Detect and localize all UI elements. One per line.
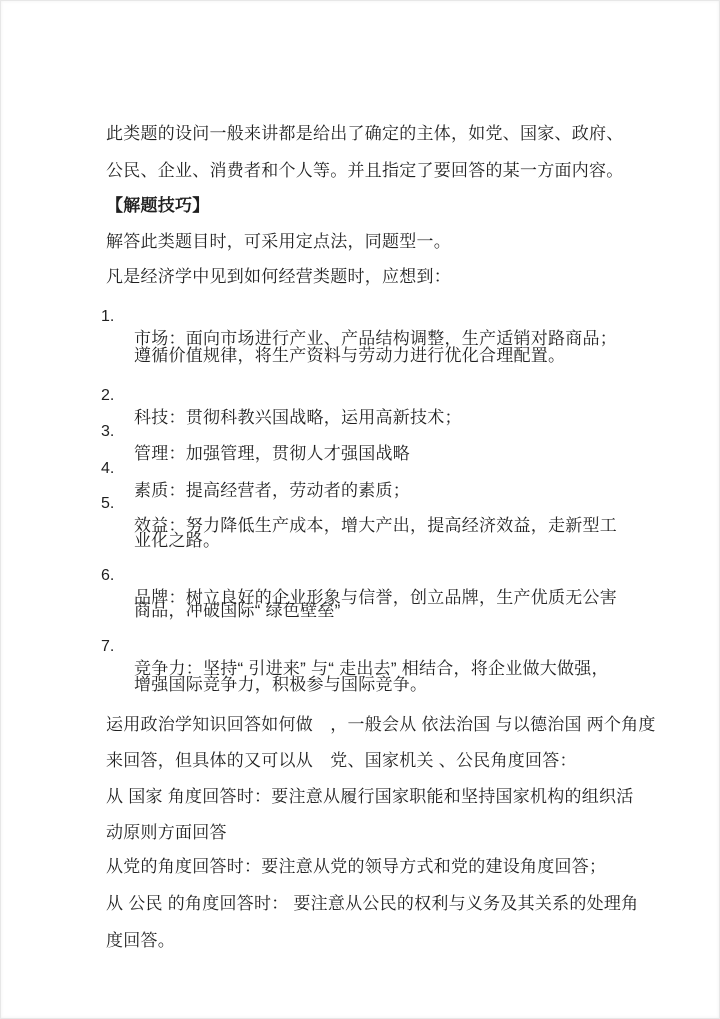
text-line: 从 国家 角度回答时：要注意从履行国家职能和坚持国家机构的组织活 [1, 764, 720, 786]
list-item-continuation: 增强国际竞争力，积极参与国际竞争。 [1, 652, 720, 674]
list-item-line: 2. 科技：贯彻科教兴国战略，运用高新技术； [1, 363, 720, 385]
text-line: 解答此类题目时，可采用定点法，同题型一。 [1, 209, 720, 231]
section-heading: 【解题技巧】 [1, 173, 720, 195]
list-item-line: 1. 市场：面向市场进行产业、产品结构调整，生产适销对路商品； [1, 284, 720, 306]
list-item-line: 6. 品牌：树立良好的企业形象与信誉，创立品牌，生产优质无公害 [1, 543, 720, 565]
text-line: 运用政治学知识回答如何做 ，一般会从 依法治国 与以德治国 两个角度 [1, 692, 720, 714]
text-line: 此类题的设问一般来讲都是给出了确定的主体，如党、国家、政府、 [1, 101, 720, 123]
text-line: 来回答，但具体的又可以从 党、国家机关 、公民角度回答： [1, 728, 720, 750]
list-item-line: 7. 竞争力：坚持“ 引进来” 与“ 走出去” 相结合，将企业做大做强， [1, 614, 720, 636]
text-line: 动原则方面回答 [1, 800, 720, 822]
text-line: 凡是经济学中见到如何经营类题时，应想到： [1, 244, 720, 266]
list-item-line: 3. 管理：加强管理，贯彻人才强国战略 [1, 399, 720, 421]
list-item-line: 5. 效益：努力降低生产成本，增大产出，提高经济效益，走新型工 [1, 471, 720, 493]
text-line: 从党的角度回答时：要注意从党的领导方式和党的建设角度回答； [1, 834, 720, 856]
text-line: 公民、企业、消费者和个人等。并且指定了要回答的某一方面内容。 [1, 138, 720, 160]
list-item-continuation: 遵循价值规律，将生产资料与劳动力进行优化合理配置。 [1, 323, 720, 345]
list-item-continuation: 业化之路。 [1, 508, 720, 530]
list-item-continuation: 商品，冲破国际“ 绿色壁垒” [1, 578, 720, 600]
text-line: 从 公民 的角度回答时： 要注意从公民的权利与义务及其关系的处理角 [1, 871, 720, 893]
list-item-line: 4. 素质：提高经营者，劳动者的素质； [1, 436, 720, 458]
document-page: 此类题的设问一般来讲都是给出了确定的主体，如党、国家、政府、 公民、企业、消费者… [0, 0, 720, 1019]
paragraph-text: 度回答。 [106, 930, 175, 952]
text-line: 度回答。 [1, 908, 720, 930]
